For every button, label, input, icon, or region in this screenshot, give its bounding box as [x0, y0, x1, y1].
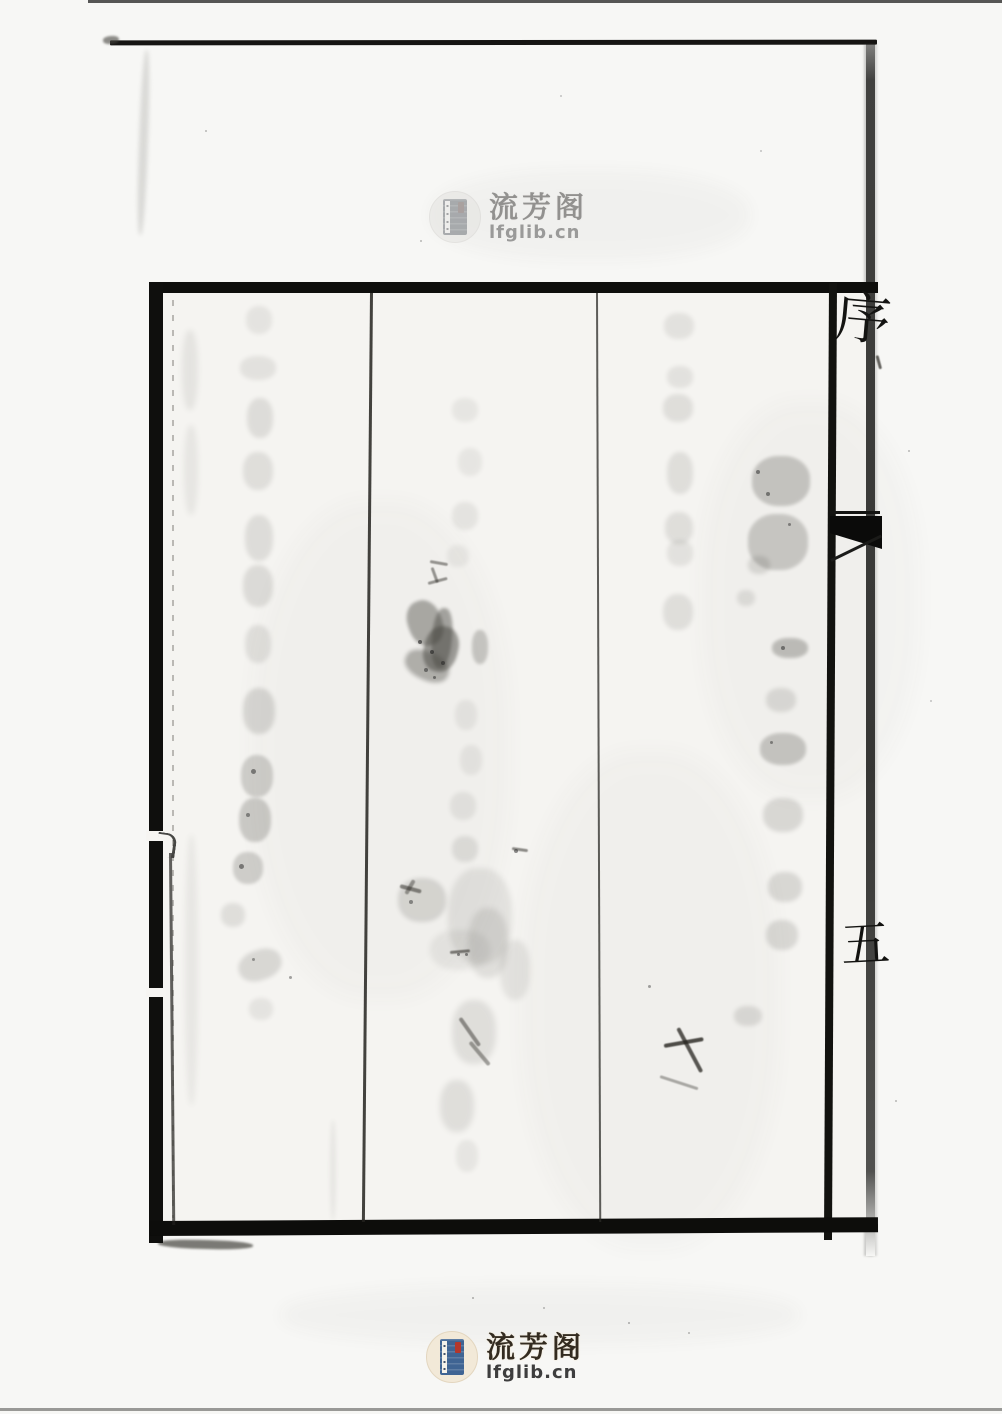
frame-left-border: [149, 282, 163, 1243]
ink-smudge: [520, 750, 780, 1250]
ink-smudge: [103, 35, 120, 44]
ink-speck: [424, 668, 428, 672]
watermark-top: 流芳阁 lfglib.cn: [429, 191, 599, 243]
ink-speck: [246, 813, 250, 817]
frame-top-border: [149, 282, 878, 293]
ink-speck: [788, 523, 791, 526]
ink-smudge: [136, 50, 151, 235]
ink-speck: [628, 1322, 630, 1324]
ink-smudge: [664, 313, 694, 339]
ink-smudge: [249, 998, 273, 1020]
watermark-site-name: 流芳阁: [486, 1332, 585, 1364]
ink-speck: [418, 640, 422, 644]
book-spine-stitches: [442, 1341, 447, 1373]
scanned-book-page: 序 五 流芳阁 lfglib.cn 流芳阁 lfglib.cn: [0, 0, 1002, 1414]
ink-smudge: [452, 502, 478, 530]
ink-smudge: [234, 943, 286, 986]
watermark-text: 流芳阁 lfglib.cn: [489, 192, 588, 243]
book-title-label: [458, 202, 464, 213]
stitched-book-icon: [443, 199, 467, 235]
ink-speck: [895, 1100, 897, 1102]
ink-smudge: [667, 366, 693, 388]
ink-smudge: [667, 452, 693, 494]
ink-speck: [441, 661, 445, 665]
left-border-hook-mark: [155, 832, 177, 858]
watermark-site-name: 流芳阁: [489, 192, 588, 224]
ink-smudge: [182, 330, 198, 410]
ink-speck: [430, 650, 434, 654]
ink-speck: [760, 150, 762, 152]
ink-speck: [420, 240, 422, 242]
ink-smudge: [247, 398, 273, 438]
ink-speck: [251, 769, 256, 774]
watermark-circle: [429, 191, 481, 243]
ink-smudge: [246, 306, 272, 334]
ink-speck: [756, 470, 760, 474]
ink-speck: [239, 864, 244, 869]
ink-speck: [252, 958, 255, 961]
ink-speck: [688, 1332, 690, 1334]
ink-speck: [433, 676, 436, 679]
ink-smudge: [452, 398, 478, 422]
ink-smudge: [440, 1080, 474, 1132]
fishtail-top-line: [830, 511, 880, 514]
ink-speck: [289, 976, 292, 979]
ink-smudge: [700, 400, 920, 800]
ink-smudge: [768, 872, 802, 902]
ink-smudge: [243, 452, 273, 490]
ink-speck: [766, 492, 770, 496]
ink-speck: [543, 1307, 545, 1309]
ink-speck: [908, 450, 910, 452]
ink-smudge: [330, 1120, 336, 1220]
ink-speck: [205, 130, 207, 132]
ink-smudge: [245, 515, 273, 561]
ink-smudge: [667, 540, 693, 566]
watermark-circle: [426, 1331, 478, 1383]
inner-margin-dashed-line: [172, 300, 174, 1218]
watermark-site-url: lfglib.cn: [489, 224, 588, 242]
ink-speck: [770, 741, 773, 744]
ink-smudge: [458, 448, 482, 476]
ink-speck: [930, 700, 932, 702]
ink-smudge: [240, 356, 276, 380]
ink-smudge: [663, 594, 693, 630]
stitched-book-icon: [440, 1339, 464, 1375]
book-spine-stitches: [445, 201, 450, 233]
ink-speck: [457, 953, 460, 956]
ink-smudge: [185, 835, 198, 1105]
ink-stroke: [876, 355, 883, 369]
ink-speck: [514, 849, 518, 853]
ink-speck: [648, 985, 651, 988]
ink-speck: [781, 646, 785, 650]
ink-smudge: [221, 903, 245, 927]
ink-speck: [409, 900, 413, 904]
ink-smudge: [184, 425, 198, 515]
ink-speck: [560, 95, 562, 97]
ink-smudge: [456, 1140, 478, 1172]
ink-speck: [465, 953, 468, 956]
book-title-label: [455, 1342, 461, 1353]
folio-number-glyph: 五: [840, 919, 892, 970]
section-title-glyph: 序: [833, 290, 894, 351]
watermark-bottom: 流芳阁 lfglib.cn: [426, 1331, 596, 1383]
ink-smudge: [452, 1000, 496, 1064]
ink-smudge: [763, 798, 803, 832]
watermark-text: 流芳阁 lfglib.cn: [486, 1332, 585, 1383]
ink-speck: [472, 1297, 474, 1299]
ink-smudge: [663, 394, 693, 422]
ink-smudge: [158, 1239, 253, 1250]
left-border-gap: [146, 988, 166, 997]
watermark-site-url: lfglib.cn: [486, 1364, 585, 1382]
ink-smudge: [250, 500, 510, 1000]
